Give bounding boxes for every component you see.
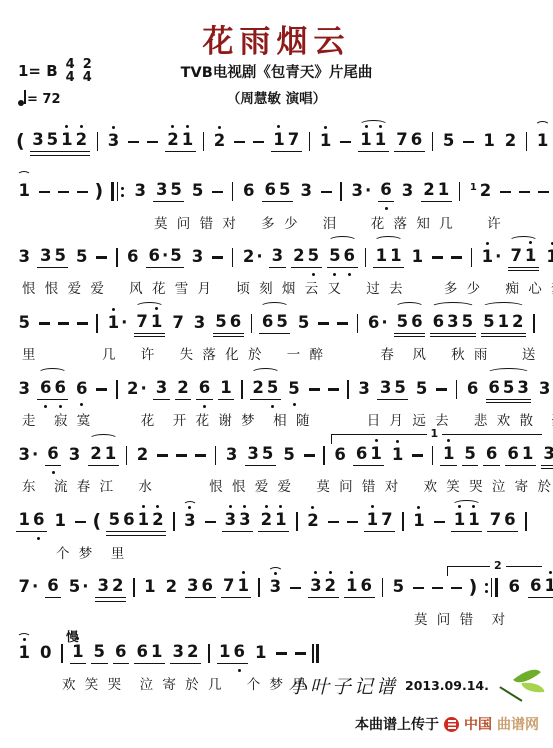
duration-dash [58,322,69,324]
score: (35123212171117651211)335566533·632112莫 … [16,118,541,696]
note: 3 [67,446,81,465]
note: 6 [53,379,67,398]
note-group: 5 [281,446,297,465]
note: 3 [446,313,460,332]
barline [116,380,118,399]
note: 2 [323,577,337,596]
note-group: 17 [364,511,395,532]
augmentation-dot: · [82,578,89,597]
note: 0 [38,644,52,663]
note: 1 [410,248,424,267]
duration-dash [234,141,245,143]
note: 2 [422,181,436,200]
barline [456,380,458,399]
note: 5 [265,379,279,398]
note: 1 [543,577,553,596]
note-group: 6 [45,445,61,466]
duration-dash [500,191,511,193]
note-group: 1 [142,578,158,597]
note: 3 [17,248,31,267]
note-group: 1 [411,512,427,531]
barline [533,314,535,333]
duration-dash [337,322,348,324]
note: 6 [431,313,445,332]
notes-row: 36662·3261255335566533 [16,366,541,400]
note-group: 0 [37,644,53,663]
note-group: 3 [16,248,32,267]
note-group: 5 [16,314,32,333]
note: 2 [259,511,273,530]
augmentation-dot: · [162,247,169,266]
note: 7 [395,131,409,150]
note: 2 [164,578,178,597]
note: 6 [147,247,161,266]
note-group: 2 [502,132,518,151]
duration-dash [58,191,69,193]
note: 3 [223,511,237,530]
site-name-part2: 曲谱网 [497,714,539,734]
note-group: 76 [394,131,425,152]
note: 1 [17,644,31,663]
note: 5 [328,247,342,266]
note-group: 3 [399,182,415,201]
note: 1 [441,445,455,464]
note: 2 [306,512,320,531]
note: 3 [171,643,185,662]
duration-dash [519,191,530,193]
note-group: 71 [221,577,252,598]
note-group: 3 [66,446,82,465]
note: 3 [17,446,31,465]
parenthesis: ) [94,181,103,203]
note: 3 [38,247,52,266]
note: 1 [345,577,359,596]
note: 3 [400,182,414,201]
note: 3 [299,182,313,201]
note: 1 [482,132,496,151]
upload-text: 本曲谱上传于 [355,714,439,734]
note: 6 [409,131,423,150]
repeat-end-sign [485,578,498,597]
note-group: 5 [91,643,107,664]
time-signatures: 4424 [66,58,92,84]
barline [432,132,434,151]
note: 6 [529,577,543,596]
score-line: (3512321217111765121 [16,118,541,168]
note: 3 [542,445,553,464]
duration-dash [413,587,424,589]
note-group: 5 [189,182,205,201]
duration-dash [205,521,216,523]
barline [365,248,367,267]
note-group: 2 [134,446,150,465]
note: 3 [31,131,45,150]
note: 5 [190,182,204,201]
duration-dash [290,587,301,589]
note: 5 [441,132,455,151]
barline [97,132,99,151]
duration-dash [157,454,168,456]
note-group: 5 [73,248,89,267]
note: 3 [17,380,31,399]
note-group: 21 [421,181,452,202]
barline [402,512,404,531]
key-label: 1= B [18,62,58,80]
note: 6 [333,446,347,465]
note: 3 [268,578,282,597]
note: 5 [296,314,310,333]
barline [323,446,325,465]
note-group: 1 [16,182,32,201]
note: 2 [511,313,525,332]
barline [126,446,128,465]
augmentation-dot: · [256,248,263,267]
note: 7 [488,511,502,530]
duration-dash [212,256,223,258]
note: 6 [232,643,246,662]
quarter-note-icon [18,100,24,106]
note-group: 1 [481,132,497,151]
barline [459,182,461,201]
barline [251,314,253,333]
barline [208,644,210,663]
note-group: 3 [269,247,285,268]
note-group: 65 [262,181,293,202]
note-group: 2 [305,512,321,531]
song-title: 花雨烟云 [0,16,553,61]
note: 2 [176,379,190,398]
note: 6 [135,643,149,662]
note-group: 6 [45,577,61,598]
barline [203,132,205,151]
note-group: 512 [481,313,526,334]
note-group: 21 [258,511,289,532]
note-group: 56 [327,247,358,268]
note: 6 [74,380,88,399]
note: 1 [106,314,120,333]
note: 1 [545,248,553,267]
barline [296,512,298,531]
note-group: 1 [544,248,553,267]
barline [526,132,528,151]
note-group: 653 [486,379,531,400]
note-group: 35 [377,379,408,400]
duration-dash [432,587,443,589]
note: 2 [135,446,149,465]
note-group: 71 [134,313,165,334]
note: 6 [465,380,479,399]
note-group: 6 [240,182,256,201]
note-group: 1 [534,132,550,151]
note: 2 [503,132,517,151]
note: 3 [378,379,392,398]
lyrics-row: 莫 问 错 对 [16,608,541,628]
note: 6 [260,313,274,332]
note: 2 [251,379,265,398]
note: 5 [287,380,301,399]
note: 6 [354,445,368,464]
tempo-marking: = 72 [18,92,61,107]
augmentation-dot: · [495,248,502,267]
note-group: 61 [528,577,553,598]
duration-dash [412,454,423,456]
augmentation-dot: · [381,314,388,333]
note-group: 5 [462,445,478,466]
note: 1 [390,446,404,465]
note: 2 [111,577,125,596]
note: 7 [171,314,185,333]
note: 1 [359,131,373,150]
site-name-part1: 中国 [464,714,492,734]
barline [525,512,527,531]
note: 5 [169,247,183,266]
volta-number: 1 [427,427,443,440]
duration-dash [436,388,447,390]
barline [96,314,98,333]
key-signature: 1= B 4424 [18,58,92,84]
notes-row: 335566·532·325561111·71173 [16,234,541,268]
note: 5 [74,248,88,267]
barline [61,644,63,663]
note: 3 [186,577,200,596]
note: 7 [380,511,394,530]
note-group: 6 [125,248,141,267]
note-group: 5· [66,578,90,597]
duration-dash [176,454,187,456]
note-group: 3· [349,182,373,201]
site-logo-icon [444,717,459,732]
meter-denominator: 4 [83,71,92,84]
duration-dash [451,587,462,589]
note: 5 [282,446,296,465]
note: 1 [452,511,466,530]
note: 1 [60,131,74,150]
note: 1 [180,131,194,150]
note-group: 1 [409,248,425,267]
note-group: 2 [163,578,179,597]
note: 6 [379,181,393,200]
duration-dash [463,141,474,143]
note-group: 6 [506,578,522,597]
duration-dash [321,191,332,193]
note-group: 33 [222,511,253,532]
duration-dash [340,141,351,143]
notes-row: 161(56123332121711176 [16,498,541,533]
note: 5 [67,578,81,597]
note: 3 [537,380,551,399]
note: 6 [46,577,60,596]
note-group: 5612 [106,511,166,532]
note: 6 [31,511,45,530]
note-group: 3 [105,132,121,151]
note-group: 61 [353,445,384,466]
note: 1 [143,578,157,597]
duration-dash [96,388,107,390]
note: 3 [246,445,260,464]
note-group: 7· [16,578,40,597]
volta-bracket: 1 [331,434,542,444]
note: 6 [342,247,356,266]
duration-dash [39,322,50,324]
note-group: 2· [125,380,149,399]
note: 2 [74,131,88,150]
duration-dash [434,521,445,523]
note: 7 [509,247,523,266]
barline [357,314,359,333]
note: 5 [414,380,428,399]
note-group: 6 [73,380,89,399]
parenthesis: ) [469,577,478,599]
note: 3 [190,248,204,267]
note-group: 11 [373,247,404,268]
duration-dash [309,388,320,390]
note-group: 6 [332,446,348,465]
notes-row: 1)335566533·632112 [16,168,541,203]
duration-dash [128,141,139,143]
grace-note: 1 [468,182,478,201]
note: 6 [366,314,380,333]
score-line: 335566·532·325561111·71173恨 恨 爱 爱 风 花 雪 … [16,234,541,300]
note: 1 [218,643,232,662]
note: 1 [150,643,164,662]
note: 1 [520,445,534,464]
note-group: 6· [365,314,389,333]
note: 1 [53,512,67,531]
time-signature: 24 [83,58,92,84]
note: 3 [309,577,323,596]
augmentation-dot: · [31,446,38,465]
final-barline [312,644,319,663]
note-group: 3512 [30,131,90,152]
note: 1 [71,643,85,662]
note-group: 5 [413,380,429,399]
duration-dash [328,388,339,390]
note-group: 6 [483,445,499,466]
barline [232,182,234,201]
note: 2 [478,182,492,201]
note: 3 [106,132,120,151]
note: 1 [318,132,332,151]
note: 6 [410,313,424,332]
duration-dash [77,191,88,193]
note-group: 3 [267,578,283,597]
note: 6 [487,379,501,398]
score-line: 13·632123355661115661302东 流 春 江 水 恨 恨 爱 … [16,432,541,498]
note-group: 6 [378,181,394,202]
note: 7 [222,577,236,596]
note-group: 3 [191,314,207,333]
note: 1 [149,313,163,332]
note-group: 6 [464,380,480,399]
duration-dash [75,521,86,523]
note-group: 36 [185,577,216,598]
note: 6 [484,445,498,464]
note-group: 16 [217,643,248,664]
note: 6 [228,313,242,332]
note: 3 [350,182,364,201]
note: 5 [277,181,291,200]
transcription-date: 2013.09.14. [405,678,489,693]
note: 3 [224,446,238,465]
augmentation-dot: · [365,182,372,201]
note: 1 [136,511,150,530]
note: 1 [272,131,286,150]
note-group: 61 [505,445,536,466]
note: 1 [369,445,383,464]
note: 2 [126,380,140,399]
note: 5 [169,181,183,200]
note-group: 35 [245,445,276,466]
note: 6 [263,181,277,200]
note-group: 3 [153,379,169,400]
score-line: 36662·3261255335566533走 寂 寞 花 开 花 谢 梦 相 … [16,366,541,432]
note: 3 [238,511,252,530]
barline [215,446,217,465]
augmentation-dot: · [140,380,147,399]
barline [347,380,349,399]
note: 1 [535,132,549,151]
note: 5 [460,313,474,332]
note-group: 2· [240,248,264,267]
note-group: 3 [356,380,372,399]
duration-dash [451,256,462,258]
note: 1 [436,181,450,200]
note: 2 [212,132,226,151]
note-group: 17 [271,131,302,152]
duration-dash [253,141,264,143]
note-group: 25 [250,379,281,400]
note: 5 [463,445,477,464]
note: 5 [275,313,289,332]
note: 1 [412,512,426,531]
note-group: 1 [317,132,333,151]
note-group: 25 [291,247,322,268]
note-group: 1 [253,644,269,663]
barline [232,248,234,267]
note: 3 [154,181,168,200]
transcriber-credit: 小叶子记谱 2013.09.14. [288,666,544,704]
note: 1 [103,445,117,464]
barline [432,446,434,465]
note-group: 76 [487,511,518,532]
note-group: 2 [211,132,227,151]
note: 6 [126,248,140,267]
duration-dash [39,191,50,193]
barline [258,578,260,597]
note-group: 1 [389,446,405,465]
note-group: 66 [37,379,68,400]
barline [340,182,342,201]
note-group: 3 [298,182,314,201]
note: 6 [506,445,520,464]
leaf-logo-icon [496,666,544,704]
note-group: 11 [358,131,389,152]
note: 1 [254,644,268,663]
note: 7 [17,578,31,597]
note: 5 [214,313,228,332]
note: 5 [92,643,106,662]
note-group: 71 [508,247,539,268]
note-group: 3 [536,380,552,399]
note: 3 [357,380,371,399]
note: 3 [192,314,206,333]
note-group: 61 [134,643,165,664]
barline [173,512,175,531]
duration-dash [304,454,315,456]
note: 6 [46,445,60,464]
note-group: 5 [390,578,406,597]
lyrics-row: 恨 恨 爱 爱 风 花 雪 月 顷 刻 烟 云 又 过 去 多 少 痴 心 梦 [16,277,541,297]
